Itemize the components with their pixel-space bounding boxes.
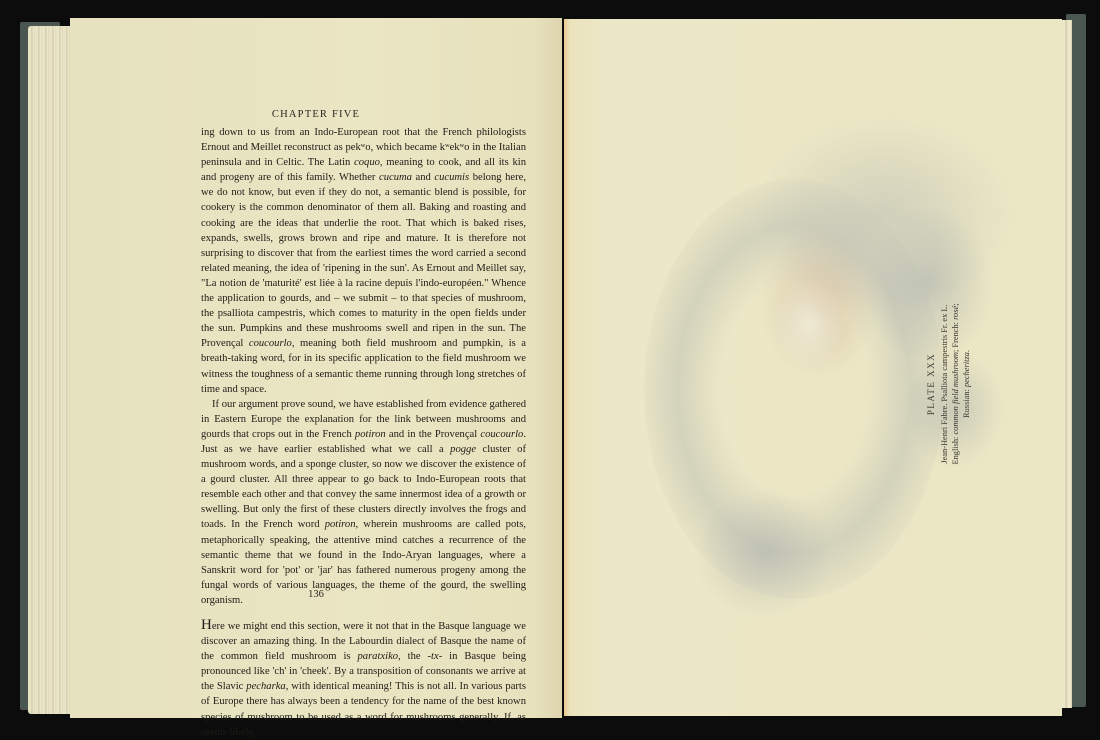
label-english: English: <box>951 435 960 465</box>
page-stack-left <box>28 26 74 714</box>
italic-term: cucuma <box>379 172 412 183</box>
text-run: , the <box>398 651 427 662</box>
label-russian: Russian: <box>962 387 971 418</box>
italic-term: pogge <box>450 444 476 455</box>
italic-term: coucourlo <box>480 429 523 440</box>
left-page: CHAPTER FIVE ing down to us from an Indo… <box>70 18 562 718</box>
italic-term: potiron <box>325 519 356 530</box>
right-page-plate: PLATE XXX Jean-Henri Fabre. Psalliota ca… <box>564 19 1062 716</box>
italic-term: pecharka <box>246 681 285 692</box>
plate-title: PLATE XXX <box>926 274 937 494</box>
text-run: belong here, we do not know, but even if… <box>201 172 526 349</box>
punctuation: ; <box>951 303 960 305</box>
french-name: rosé <box>951 306 960 320</box>
show-through-mushroom-base <box>694 489 834 619</box>
italic-term: coquo <box>354 157 380 168</box>
italic-term: cucumis <box>434 172 469 183</box>
page-number: 136 <box>70 589 562 600</box>
plate-attribution: Jean-Henri Fabre. Psalliota campestris F… <box>939 274 950 494</box>
paragraph-2: If our argument prove sound, we have est… <box>201 397 526 608</box>
plate-caption: PLATE XXX Jean-Henri Fabre. Psalliota ca… <box>926 274 972 494</box>
italic-term: coucourlo <box>249 338 292 349</box>
paragraph-1: ing down to us from an Indo-European roo… <box>201 125 526 397</box>
plate-english-french-names: English: common field mushroom; French: … <box>950 274 961 494</box>
label-french: ; French: <box>951 320 960 352</box>
show-through-mushroom-stem <box>774 279 844 369</box>
russian-name: pecheritza <box>962 352 971 387</box>
italic-term: paratxiko <box>357 651 398 662</box>
body-text: ing down to us from an Indo-European roo… <box>201 125 526 740</box>
text-run: and in the Provençal <box>386 429 481 440</box>
text-run: and <box>412 172 434 183</box>
english-name: common field mushroom <box>951 352 960 435</box>
punctuation: . <box>962 350 971 352</box>
text-run: cluster of mushroom words, and a sponge … <box>201 444 526 530</box>
italic-term: potiron <box>355 429 386 440</box>
drop-cap: H <box>201 617 212 633</box>
running-head: CHAPTER FIVE <box>70 109 562 120</box>
plate-russian-name: Russian: pecheritza. <box>961 274 972 494</box>
paragraph-3: Here we might end this section, were it … <box>201 618 526 740</box>
italic-term: -tx- <box>428 651 443 662</box>
